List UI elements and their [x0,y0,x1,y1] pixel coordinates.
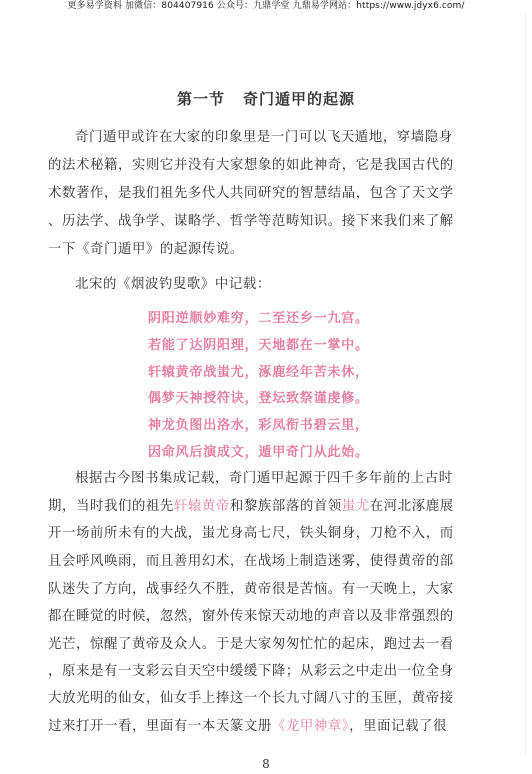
poem-line: 轩辕黄帝战蚩尤，涿鹿经年苦未休， [148,363,369,383]
page-edge-divider [525,14,526,754]
highlight-xuanyuan-huangdi: 轩辕黄帝 [174,499,230,514]
quote-intro: 北宋的《烟波钓叟歌》中记载： [75,275,485,295]
intro-line: 术数著作，是我们祖先多代人共同研究的智慧结晶，包含了天文学 [48,184,458,204]
intro-line: 的法术秘籍，实则它并没有大家想象的如此神奇，它是我国古代的 [48,156,458,176]
intro-line: 奇门遁甲或许在大家的印象里是一门可以飞天遁地，穿墙隐身 [75,128,485,148]
story-line: 过来打开一看，里面有一本天篆文册《龙甲神章》，里面记载了很 [48,717,458,737]
story-text: 和黎族部落的首领 [230,499,342,514]
header-watermark: 更多易学资料 加微信：804407916 公众号：九鼎学堂 九鼎易学网站：htt… [0,0,532,12]
story-text: ，里面记载了很 [349,719,447,734]
story-line: ，原来是有一支彩云自天空中缓缓下降；从彩云之中走出一位全身 [48,662,458,682]
story-text: 在河北涿鹿展 [370,499,454,514]
poem-line: 偶梦天神授符诀，登坛致祭谨虔修。 [148,389,369,409]
story-line: 大放光明的仙女，仙女手上捧这一个长九寸阔八寸的玉匣，黄帝接 [48,689,458,709]
story-line: 都在睡觉的时候，忽然，窗外传来惊天动地的声音以及非常强烈的 [48,607,458,627]
poem-line: 若能了达阴阳理，天地都在一掌中。 [148,336,369,356]
poem-line: 神龙负图出洛水，彩凤衔书碧云里， [148,416,369,436]
highlight-chiyou: 蚩尤 [342,499,370,514]
page-number: 8 [0,757,532,771]
story-line: 光芒，惊醒了黄帝及众人。于是大家匆匆忙忙的起床，跑过去一看 [48,635,458,655]
poem-line: 阴阳逆顺妙难穷，二至还乡一九宫。 [148,309,369,329]
section-title: 第一节奇门遁甲的起源 [0,88,532,109]
poem-line: 因命风后演成文，遁甲奇门从此始。 [148,443,369,463]
story-line: 队迷失了方向，战事经久不胜，黄帝很是苦恼。有一天晚上，大家 [48,580,458,600]
story-line: 根据古今图书集成记载，奇门遁甲起源于四千多年前的上古时 [75,469,485,489]
story-line: 开一场前所未有的大战，蚩尤身高七尺，铁头铜身，刀枪不入，而 [48,524,458,544]
section-heading: 奇门遁甲的起源 [243,90,355,108]
section-number: 第一节 [177,90,225,108]
story-line: 期，当时我们的祖先轩辕黄帝和黎族部落的首领蚩尤在河北涿鹿展 [48,497,458,517]
highlight-book-title: 《龙甲神章》 [272,719,349,734]
story-line: 且会呼风唤雨，而且善用幻术，在战场上制造迷雾，使得黄帝的部 [48,552,458,572]
story-text: 过来打开一看，里面有一本天篆文册 [48,719,272,734]
intro-line: 一下《奇门遁甲》的起源传说。 [48,240,458,260]
story-text: 期，当时我们的祖先 [48,499,174,514]
intro-line: 、历法学、战争学、谋略学、哲学等范畴知识。接下来我们来了解 [48,212,458,232]
